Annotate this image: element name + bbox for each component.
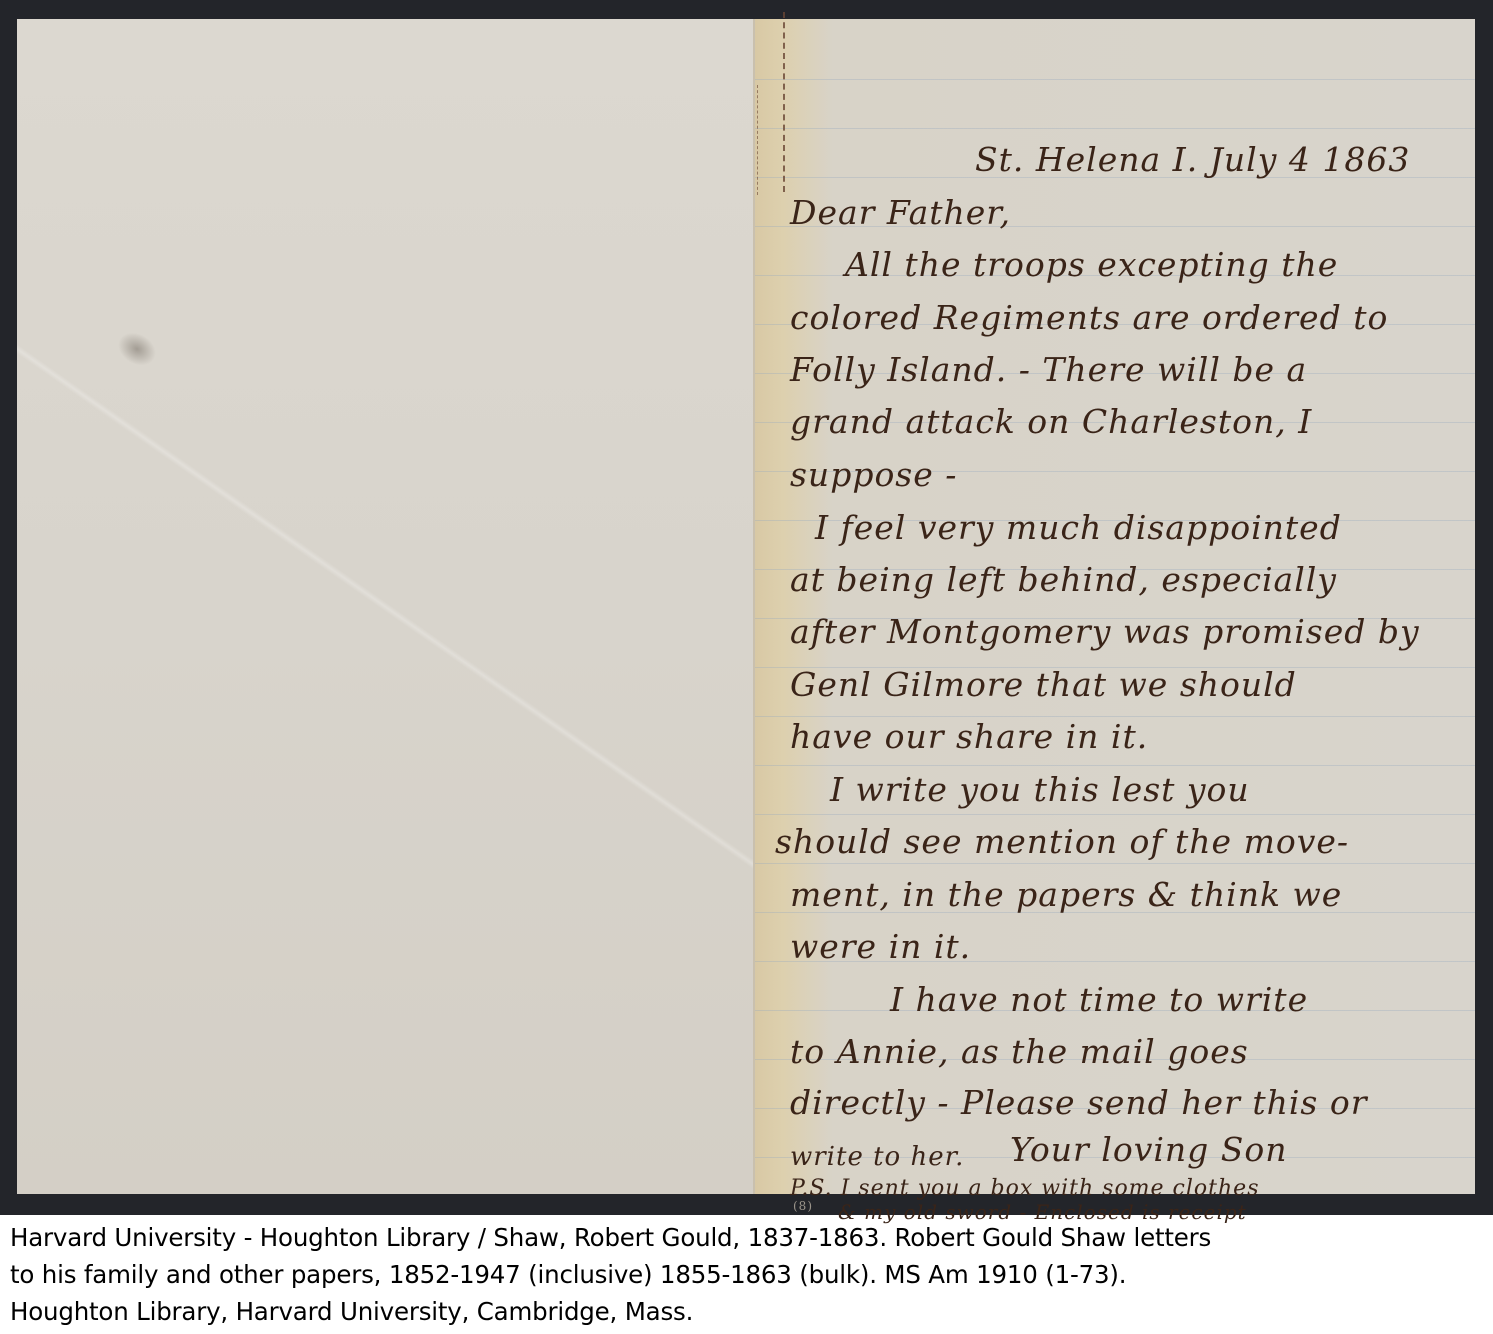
letter-line: write to her.	[790, 1142, 964, 1172]
letter-heading: St. Helena I. July 4 1863	[975, 140, 1410, 179]
letter-line: Genl Gilmore that we should	[790, 665, 1297, 704]
letter-line: ment, in the papers & think we	[790, 875, 1342, 914]
document-scan: St. Helena I. July 4 1863 Dear Father, A…	[0, 0, 1493, 1215]
letter-line: should see mention of the move-	[775, 822, 1349, 861]
letter-line: I feel very much disappointed	[815, 508, 1342, 547]
archival-caption: Harvard University - Houghton Library / …	[10, 1219, 1490, 1330]
salutation: Dear Father,	[790, 193, 1011, 232]
letter-line: I write you this lest you	[830, 770, 1250, 809]
letter-line: were in it.	[790, 927, 971, 966]
letter-line: after Montgomery was promised by	[790, 612, 1420, 651]
caption-line: Harvard University - Houghton Library / …	[10, 1219, 1490, 1256]
letter-line: grand attack on Charleston, I	[790, 402, 1312, 441]
letter-line: colored Regiments are ordered to	[790, 298, 1388, 337]
letter-line: suppose -	[790, 455, 957, 494]
handwritten-text: St. Helena I. July 4 1863 Dear Father, A…	[0, 0, 1493, 1215]
letter-line: at being left behind, especially	[790, 560, 1337, 599]
letter-line: I have not time to write	[890, 980, 1308, 1019]
letter-line: have our share in it.	[790, 717, 1148, 756]
letter-line: Folly Island. - There will be a	[790, 350, 1307, 389]
letter-line: All the troops excepting the	[845, 245, 1338, 284]
caption-line: to his family and other papers, 1852-194…	[10, 1256, 1490, 1293]
caption-line: Houghton Library, Harvard University, Ca…	[10, 1293, 1490, 1330]
letter-line: to Annie, as the mail goes	[790, 1032, 1249, 1071]
page-number-mark: (8)	[793, 1199, 813, 1213]
postscript-line: P.S. I sent you a box with some clothes	[790, 1176, 1259, 1201]
letter-line: directly - Please send her this or	[790, 1083, 1368, 1122]
closing: Your loving Son	[1010, 1130, 1288, 1169]
